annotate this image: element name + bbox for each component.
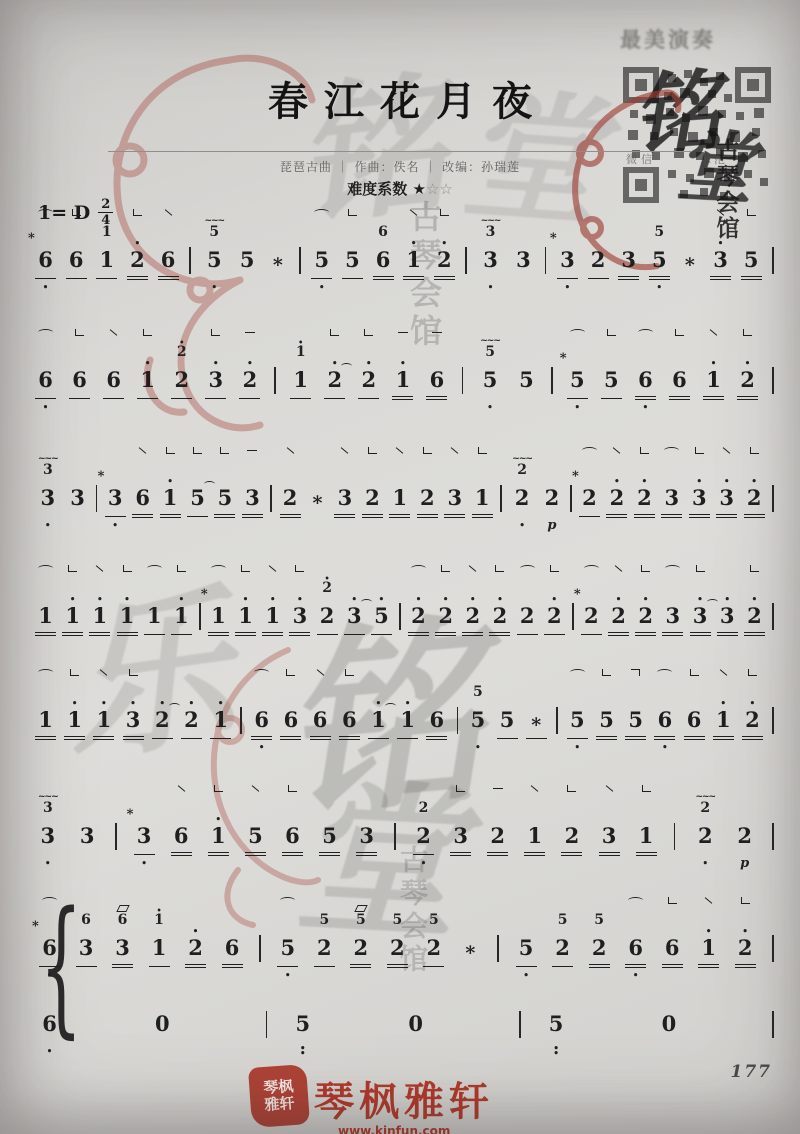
underline (93, 739, 114, 740)
ornament-oL (695, 447, 704, 454)
ornament-zone (123, 561, 132, 572)
ornament-zone (468, 561, 477, 572)
underline (105, 516, 126, 517)
chord-top-digit: 2 (700, 801, 710, 816)
rhythm-underlines (423, 962, 444, 970)
rhythm-underlines (516, 962, 537, 970)
note-digit: 2 (320, 604, 335, 628)
rhythm-underlines (35, 394, 56, 402)
ornament-oA (38, 669, 53, 676)
note-digit: 1 (99, 248, 114, 272)
note-digit: 5 (248, 824, 263, 848)
rhythm-underlines (405, 1038, 426, 1046)
note: •3 (124, 665, 143, 754)
note-digit: 3 (108, 486, 123, 510)
note: 2* (582, 561, 601, 650)
note: •2 (738, 325, 757, 414)
note-digit: 1 (716, 708, 731, 732)
underline (618, 276, 639, 277)
ornament-zone (450, 443, 459, 454)
underline (698, 964, 719, 965)
note: •11 (97, 205, 116, 294)
rhythm-underlines (713, 734, 734, 742)
note: 3•* (106, 443, 125, 532)
note-digit: 2 (184, 708, 199, 732)
note: •2 (607, 443, 626, 532)
note-digit: 3 (41, 486, 56, 510)
rhythm-underlines (635, 394, 656, 402)
ornament-oL (68, 565, 77, 572)
note-digit: 1 (152, 936, 167, 960)
ornament-oS (164, 209, 172, 216)
underline (358, 398, 379, 399)
underline (112, 967, 133, 968)
note: 2 (281, 443, 300, 532)
rhythm-underlines (684, 734, 705, 742)
underline (342, 278, 363, 279)
ornament-oS (469, 565, 477, 572)
rhythm-underlines (319, 850, 340, 858)
chord-top-digit: 5 (209, 225, 219, 240)
ornament-oS (719, 669, 727, 676)
below-zone: •• (553, 1046, 559, 1058)
underline (324, 398, 345, 399)
ornament-oL (193, 447, 202, 454)
note-digit: 6 (285, 824, 300, 848)
dynamic-p: p (740, 858, 749, 870)
chord-top-zone: 2 (419, 792, 429, 816)
below-zone: • (519, 520, 525, 532)
rhythm-underlines (618, 274, 639, 282)
rhythm-underlines (280, 512, 301, 520)
note: •2 (743, 665, 762, 754)
underline (356, 855, 377, 856)
note: •2 (325, 325, 344, 414)
note-digit: 1 (701, 936, 716, 960)
note: 5 (238, 205, 257, 294)
underline (601, 398, 622, 399)
rhythm-underlines (601, 394, 622, 402)
ornament-oS (252, 785, 260, 792)
note: 5 (742, 205, 761, 294)
note: 6 (281, 665, 300, 754)
rhythm-underlines (636, 850, 657, 858)
rhythm-underlines (160, 512, 181, 520)
spacer (704, 1057, 746, 1058)
rhythm-underlines (185, 962, 206, 970)
note-digit: 3 (560, 248, 575, 272)
underline (426, 739, 447, 740)
note-digit: 2 (592, 936, 607, 960)
underline (426, 399, 447, 400)
underline (450, 852, 471, 853)
ornament-oL (72, 209, 81, 216)
note-digit: 3 (693, 604, 708, 628)
ornament-zone (340, 443, 349, 454)
ornament-oS (341, 447, 349, 454)
ornament-zone (75, 325, 84, 336)
note-digit: 1 (706, 368, 721, 392)
note-digit: 5 (374, 604, 389, 628)
dynamic-p: p (547, 520, 556, 532)
underline (403, 276, 424, 277)
chord-top-zone: 5 (654, 216, 664, 240)
rhythm-underlines (93, 734, 114, 742)
rhythm-underlines (477, 394, 503, 402)
note: •2 (436, 561, 455, 650)
ornament-zone (38, 561, 53, 572)
note-digit: 2 (490, 824, 505, 848)
underline (158, 279, 179, 280)
underline (334, 514, 355, 515)
note-digit: 5 (314, 248, 329, 272)
note-digit: 2 (427, 936, 442, 960)
note: 1 (637, 781, 656, 870)
underline (517, 634, 538, 635)
note-digit: 6 (69, 248, 84, 272)
barline (299, 247, 301, 274)
underline (171, 398, 192, 399)
barline (96, 485, 98, 512)
underline (242, 517, 263, 518)
underline (662, 967, 683, 968)
underline (181, 738, 202, 739)
ornament-oL (348, 209, 357, 216)
rhythm-underlines (517, 630, 538, 638)
ornament-zone (432, 325, 442, 336)
note-digit: 3 (453, 824, 468, 848)
note: 5 (597, 665, 616, 754)
underline (132, 514, 153, 515)
star-filled-icon: ★ (412, 180, 425, 198)
note-digit: 1 (120, 604, 135, 628)
rhythm-underlines (698, 962, 719, 970)
rhythm-underlines (744, 630, 765, 638)
chord-top-digit: 5 (392, 913, 402, 928)
chord-top-zone: •1 (296, 336, 306, 360)
rhythm-underlines (171, 394, 192, 402)
note: •1 (172, 561, 191, 650)
note-digit: 1 (211, 824, 226, 848)
note: 5• (517, 893, 536, 982)
ornament-zone (440, 205, 449, 216)
note-digit: 6 (665, 936, 680, 960)
note-digit: 2 (591, 248, 606, 272)
note: 3 (663, 561, 682, 650)
note-digit: 6 (161, 248, 176, 272)
tie-arc (707, 599, 718, 605)
rhythm-underlines (703, 394, 724, 402)
ornament-zone (695, 443, 704, 454)
rhythm-underlines (581, 630, 602, 638)
ornament-zone (72, 205, 81, 216)
chord-top-digit: 5 (594, 913, 604, 928)
note: •3 (690, 443, 709, 532)
rhythm-underlines (689, 512, 710, 520)
underline (389, 517, 410, 518)
barline (772, 485, 774, 512)
ornament-oD (398, 332, 408, 333)
note: 2p (735, 781, 754, 870)
note-digit: 2 (416, 824, 431, 848)
note-digit: 1 (293, 368, 308, 392)
rhythm-underlines (444, 512, 465, 520)
underline (251, 736, 272, 737)
note-digit: 2 (747, 486, 762, 510)
note: •3 (206, 325, 225, 414)
rhythm-underlines (181, 734, 202, 742)
note: 6 (223, 893, 242, 982)
underline (62, 635, 83, 636)
note: 3 (243, 443, 262, 532)
ornament-oR (631, 669, 640, 676)
note: •1 (138, 325, 157, 414)
ornament-oL (748, 669, 757, 676)
note-digit: 3 (137, 824, 152, 848)
ornament-zone (441, 561, 450, 572)
below-zone: • (642, 402, 648, 414)
underline (744, 514, 765, 515)
rhythm-underlines (35, 850, 61, 858)
ornament-zone (409, 205, 418, 216)
underline (497, 738, 518, 739)
below-zone: • (475, 742, 481, 754)
note-digit: 6 (313, 708, 328, 732)
rhythm-underlines (171, 850, 192, 858)
note-digit: * (685, 253, 695, 277)
ornament-zone (704, 893, 713, 904)
ornament-zone (456, 781, 465, 792)
ornament-oA (411, 565, 426, 572)
octave-dot-below: • (421, 862, 427, 867)
underline (561, 855, 582, 856)
octave-dot-below: • (702, 862, 708, 867)
note: 5 (498, 665, 517, 754)
rhythm-underlines (625, 734, 646, 742)
underline (356, 852, 377, 853)
underline (235, 632, 256, 633)
underline (689, 514, 710, 515)
underline (744, 632, 765, 633)
rhythm-underlines (497, 734, 518, 742)
spacer (85, 1057, 127, 1058)
note: 6 (427, 665, 446, 754)
ornament-oA (42, 897, 57, 904)
sheet-music-page: { "header": { "title": "春江花月夜", "credits… (0, 0, 800, 1134)
grand-staff-system: { 6•*6363•11•265•52525252*5•52526•6•1•2 … (40, 896, 774, 1058)
note-digit: 5 (549, 1012, 564, 1036)
underline (137, 398, 158, 399)
rhythm-underlines (356, 850, 377, 858)
octave-dot-below: • (642, 406, 648, 411)
note: 3 (68, 443, 87, 532)
note: •2 (745, 443, 764, 532)
note: * (268, 205, 287, 294)
ornament-zone (631, 665, 640, 676)
underline (403, 279, 424, 280)
note-digit: 6 (38, 248, 53, 272)
ornament-oL (743, 329, 752, 336)
ornament-zone (177, 781, 186, 792)
note-digit: 5 (570, 708, 585, 732)
rhythm-underlines (334, 512, 355, 520)
below-zone: • (211, 282, 217, 294)
chord-top-zone: 6 (378, 216, 388, 240)
note: •2 (609, 561, 628, 650)
underline (713, 739, 734, 740)
ornament-oS (717, 209, 725, 216)
rhythm-underlines (634, 512, 655, 520)
spacer (338, 1057, 380, 1058)
rhythm-underlines (289, 630, 310, 638)
rhythm-underlines (237, 274, 258, 282)
underline (127, 279, 148, 280)
rhythm-underlines (358, 394, 379, 402)
underline (654, 739, 675, 740)
below-zone: • (259, 742, 265, 754)
chord-top-zone: 6 (118, 904, 128, 928)
below-zone: • (574, 402, 580, 414)
octave-dot-below: • (285, 974, 291, 979)
flower-finger-icon: * (98, 469, 105, 484)
note-digit: 2 (638, 604, 653, 628)
underline (35, 632, 56, 633)
rhythm-underlines (513, 274, 534, 282)
note-digit: 2 (545, 486, 560, 510)
below-zone: • (47, 1046, 53, 1058)
underline (662, 632, 683, 633)
note-digit: 2 (188, 936, 203, 960)
underline (397, 738, 418, 739)
ornament-oL (741, 897, 750, 904)
note: •1 (63, 561, 82, 650)
note-digit: 2 (611, 604, 626, 628)
ornament-zone (423, 443, 432, 454)
octave-dot-below: • (487, 406, 493, 411)
underline (737, 396, 758, 397)
ornament-zone (70, 665, 79, 676)
ornament-zone (550, 561, 559, 572)
note-digit: * (531, 713, 541, 737)
note-digit: 6 (106, 368, 121, 392)
rhythm-underlines (208, 850, 229, 858)
note: 3 (619, 205, 638, 294)
ornament-zone (584, 561, 599, 572)
underline (524, 855, 545, 856)
underline (160, 514, 181, 515)
chord-top-zone: •1 (154, 904, 164, 928)
underline (280, 736, 301, 737)
ornament-oL (286, 669, 295, 676)
ornament-zone (642, 781, 651, 792)
ornament-oL (668, 897, 677, 904)
ornament-zone (478, 443, 487, 454)
note: •2 (128, 205, 147, 294)
underline (245, 855, 266, 856)
rhythm-underlines (735, 962, 756, 970)
underline (117, 635, 138, 636)
underline (444, 517, 465, 518)
underline (368, 738, 389, 739)
seal-text: 琴枫雅轩 (260, 1078, 298, 1114)
underline (317, 634, 338, 635)
ornament-oS (96, 565, 104, 572)
ornament-zone (628, 893, 643, 904)
underline (314, 966, 335, 967)
note: •1 (211, 665, 230, 754)
rhythm-underlines (397, 734, 418, 742)
underline (741, 276, 762, 277)
rhythm-underlines (105, 512, 126, 520)
underline (280, 514, 301, 515)
chord-top-digit: 5 (485, 345, 495, 360)
chord-top-digit: 6 (118, 913, 128, 928)
note-digit: 6 (658, 708, 673, 732)
note-digit: 1 (140, 368, 155, 392)
note-digit: 2 (465, 604, 480, 628)
note: 2 (363, 443, 382, 532)
ornament-oL (166, 447, 175, 454)
note: 5• (312, 205, 331, 294)
note-digit: 6 (135, 486, 150, 510)
ornament-zone (147, 561, 162, 572)
note: •3 (345, 561, 364, 650)
ornament-oS (286, 447, 294, 454)
underline (289, 635, 310, 636)
chord-top-digit: 5 (319, 913, 329, 928)
note-digit: 1 (93, 604, 108, 628)
barline (497, 935, 499, 962)
octave-dot-below: • (300, 1052, 306, 1057)
note: 3 (445, 443, 464, 532)
underline (434, 279, 455, 280)
rhythm-underlines (426, 734, 447, 742)
note: 1 (525, 781, 544, 870)
underline (205, 398, 226, 399)
note: •3 (691, 561, 710, 650)
ornament-zone (280, 893, 295, 904)
underline (35, 635, 56, 636)
ornament-zone (665, 561, 680, 572)
rhythm-underlines (239, 394, 260, 402)
barline (572, 603, 574, 630)
note-digit: 6 (672, 368, 687, 392)
underline (450, 855, 471, 856)
note: •1 (699, 893, 718, 982)
barline (115, 823, 117, 850)
underline (489, 635, 510, 636)
note: 3 (451, 781, 470, 870)
rhythm-underlines (625, 962, 646, 970)
note-digit: 2 (515, 486, 530, 510)
note-digit: 3 (516, 248, 531, 272)
ornament-oD (493, 788, 503, 789)
rhythm-underlines (608, 630, 629, 638)
ornament-zone (138, 443, 147, 454)
underline (239, 398, 260, 399)
ornament-oL (364, 329, 373, 336)
title-divider (108, 151, 692, 152)
below-zone: • (523, 970, 529, 982)
underline (185, 964, 206, 965)
ornament-zone (211, 325, 220, 336)
underline (589, 964, 610, 965)
note: •2 (359, 325, 378, 414)
underline (557, 278, 578, 279)
note-digit: 2 (738, 936, 753, 960)
flower-finger-icon: * (28, 231, 35, 246)
ornament-oL (295, 565, 304, 572)
